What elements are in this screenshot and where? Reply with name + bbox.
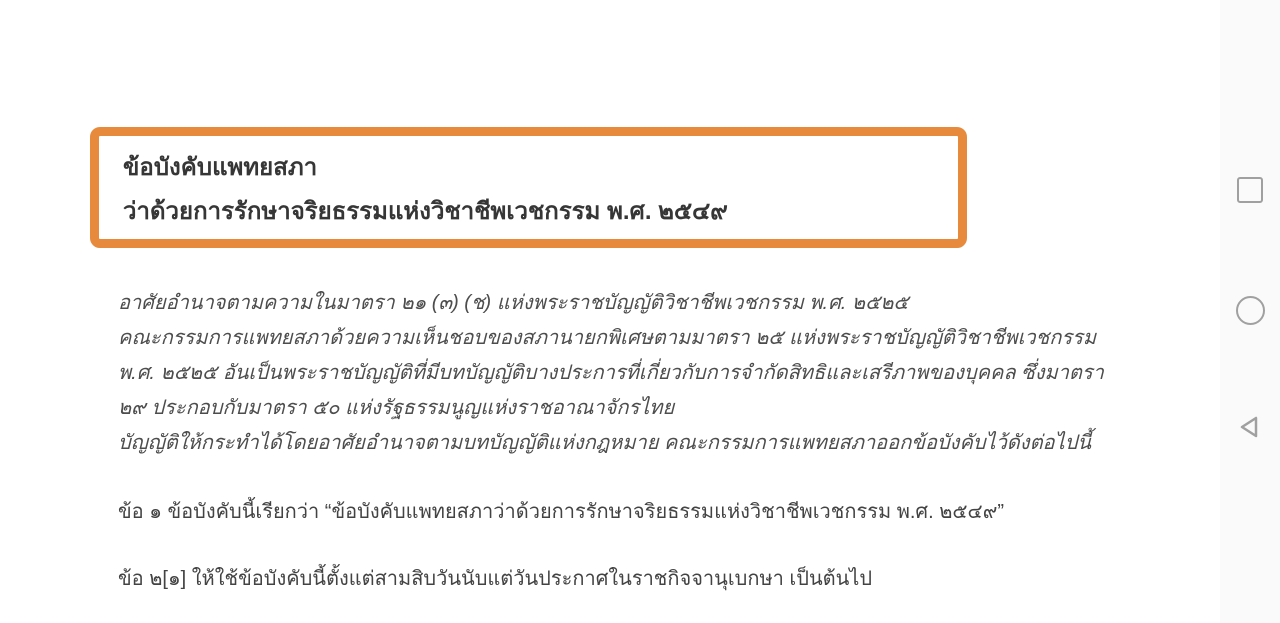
back-triangle-icon (1236, 413, 1264, 441)
home-button[interactable] (1230, 290, 1270, 330)
recents-square-icon (1237, 177, 1263, 203)
recents-button[interactable] (1230, 170, 1270, 210)
home-circle-icon (1236, 296, 1265, 325)
android-nav-bar (1220, 0, 1280, 623)
preamble-line: ๒๙ ประกอบกับมาตรา ๕๐ แห่งรัฐธรรมนูญแห่งร… (118, 391, 1104, 426)
document-page: ข้อบังคับแพทยสภา ว่าด้วยการรักษาจริยธรรม… (0, 0, 1220, 623)
preamble-line: พ.ศ. ๒๕๒๕ อันเป็นพระราชบัญญัติที่มีบทบัญ… (118, 356, 1104, 391)
screen: ข้อบังคับแพทยสภา ว่าด้วยการรักษาจริยธรรม… (0, 0, 1280, 623)
back-button[interactable] (1230, 407, 1270, 447)
article-2-clause: ข้อ ๒[๑] ให้ใช้ข้อบังคับนี้ตั้งแต่สามสิบ… (118, 564, 872, 594)
document-title: ข้อบังคับแพทยสภา ว่าด้วยการรักษาจริยธรรม… (99, 136, 958, 234)
preamble-paragraph: อาศัยอำนาจตามความในมาตรา ๒๑ (๓) (ช) แห่ง… (118, 286, 1104, 461)
preamble-line: อาศัยอำนาจตามความในมาตรา ๒๑ (๓) (ช) แห่ง… (118, 286, 1104, 321)
article-1-clause: ข้อ ๑ ข้อบังคับนี้เรียกว่า “ข้อบังคับแพท… (118, 497, 1004, 527)
preamble-line: คณะกรรมการแพทยสภาด้วยความเห็นชอบของสภานา… (118, 321, 1104, 356)
preamble-line: บัญญัติให้กระทำได้โดยอาศัยอำนาจตามบทบัญญ… (118, 426, 1104, 461)
title-highlight-box: ข้อบังคับแพทยสภา ว่าด้วยการรักษาจริยธรรม… (90, 127, 967, 248)
document-title-line-2: ว่าด้วยการรักษาจริยธรรมแห่งวิชาชีพเวชกรร… (99, 190, 958, 234)
document-title-line-1: ข้อบังคับแพทยสภา (99, 146, 958, 190)
